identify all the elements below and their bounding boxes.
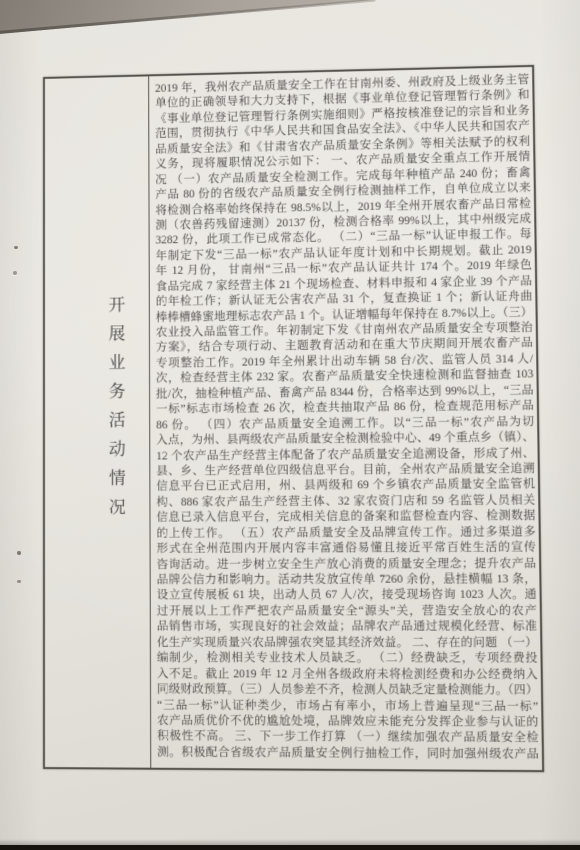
content-text-line: “三品一标”认证种类少，市场占有率小，市场上普遍呈现“三品一标” [157,697,538,714]
section-label-cell: 开展业务活动情况 [45,76,151,767]
desk-background-bottom [0,845,580,850]
content-text-line: 形式在全州范围内开展内容丰富通俗易懂且接近平常百姓生活的宣传 [156,539,535,556]
document-photo: 开展业务活动情况 2019 年，我州农产品质量安全工作在甘南州委、州政府及上级业… [0,0,580,850]
content-text-line: 入不足。截止 2019 年 12 月全州各级政府未将检测经费和办公经费纳入 [157,666,538,683]
staple-hole-speck [17,551,21,555]
content-text-line: 品销售市场，实现良好的社会效益；品牌农产品通过规模化经营、标准 [157,619,537,635]
content-text: 2019 年，我州农产品质量安全工作在甘南州委、州政府及上级业务主管单位的正确领… [155,72,539,762]
section-label: 开展业务活动情况 [103,295,128,527]
content-text-line: 咨询活动。进一步树立安全生产放心消费的质量安全理念；提升农产品 [157,555,537,572]
content-text-line: 品牌公信力和影响力。活动共发放宣传单 7260 余份，悬挂横幅 13 条， [157,571,537,588]
section-content-cell: 2019 年，我州农产品质量安全工作在甘南州委、州政府及上级业务主管单位的正确领… [149,67,542,770]
record-table: 开展业务活动情况 2019 年，我州农产品质量安全工作在甘南州委、州政府及上级业… [43,65,544,772]
content-text-line: 的上传工作。 （五）农产品质量安全及品牌宣传工作。通过多渠道多 [156,524,535,541]
content-text-line: 积极性不高。 三、下一步工作打算 （一）继续加强农产品质量安全检 [157,728,539,746]
content-text-line: 农产品质优价不优的尴尬处境，品牌效应未能充分发挥企业参与认证的 [157,713,538,730]
staple-hole-speck [13,271,17,275]
staple-hole-speck [17,580,21,583]
content-text-line: 过开展以上工作严把农产品质量安全“源头”关，营造安全放心的农产 [157,603,537,619]
content-text-line: 编制少，检测相关专业技术人员缺乏。 （二）经费缺乏，专项经费投 [157,650,538,666]
content-text-line: 同级财政预算。（三）人员参差不齐，检测人员缺乏定量检测能力。（四） [157,681,538,698]
content-text-line: 化生产实现质量兴农品牌强农突显其经济效益。 二、存在的问题 （一） [157,634,537,650]
staple-hole-speck [14,246,18,249]
content-text-line: 设立宣传展板 61 块，出动人员 67 人/次，接受现场咨询 1023 人次。通 [157,587,537,603]
content-text-line: 信息已录入信息平台，完成相关信息的备案和监督检查内容、检测数据 [156,508,535,526]
content-text-line: 测。积极配合省级农产品质量安全例行抽检工作，同时加强州级农产品 [157,744,539,762]
